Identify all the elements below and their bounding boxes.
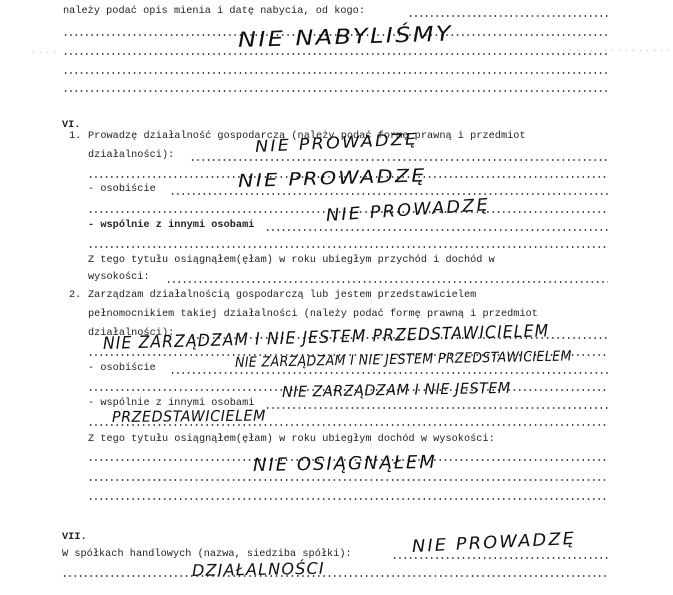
handwritten-answer: NIE PROWADZĘ <box>411 529 576 557</box>
handwritten-answer: NIE ZARZĄDZAM I NIE JESTEM PRZEDSTAWICIE… <box>235 348 572 371</box>
dotted-line <box>265 407 608 409</box>
handwritten-answer: NIE OSIĄGNĄŁEM <box>253 452 437 476</box>
dotted-line <box>408 15 608 17</box>
handwritten-answer: DZIAŁALNOŚCI <box>192 559 325 580</box>
handwritten-answer: NIE PROWADZĘ <box>325 195 490 226</box>
income-text-line1: Z tego tytułu osiągnąłem(ęłam) w roku ub… <box>88 255 495 267</box>
handwritten-answer: NIE ZARZĄDZAM I NIE JESTEM <box>282 379 511 401</box>
personal-label: - osobiście <box>88 184 156 196</box>
handwritten-answer: NIE PROWADZĘ <box>238 165 428 192</box>
dotted-line <box>170 372 608 374</box>
item2-text-line1: Zarządzam działalnością gospodarczą lub … <box>88 290 476 302</box>
dotted-line <box>63 90 608 92</box>
income-text-line2: wysokości: <box>88 272 150 284</box>
scan-noise <box>30 51 60 54</box>
dotted-line <box>88 246 608 248</box>
handwritten-answer: NIE ZARZĄDZAM I NIE JESTEM PRZEDSTAWICIE… <box>103 321 550 354</box>
intro-prompt: należy podać opis mienia i datę nabycia,… <box>63 6 365 18</box>
dotted-line <box>170 193 608 195</box>
dotted-line <box>190 159 608 161</box>
handwritten-answer: NIE NABYLIŚMY <box>238 21 454 52</box>
scan-noise <box>560 49 670 52</box>
dotted-line <box>62 575 608 577</box>
section-heading: VII. <box>62 532 87 544</box>
joint-label: - wspólnie z innymi osobami <box>88 220 254 232</box>
handwritten-answer: PRZEDSTAWICIELEM <box>112 407 266 426</box>
item1-text-line2: działalności): <box>88 150 174 162</box>
personal-label: - osobiście <box>88 363 156 375</box>
dotted-line <box>166 281 608 283</box>
item-number: 2. <box>69 290 81 302</box>
item-number: 1. <box>69 131 81 143</box>
dotted-line <box>63 72 608 74</box>
dotted-line <box>265 229 608 231</box>
income-text: Z tego tytułu osiągnąłem(ęłam) w roku ub… <box>88 434 495 446</box>
dotted-line <box>392 557 608 559</box>
dotted-line <box>88 498 608 500</box>
dotted-line <box>88 479 608 481</box>
dotted-line <box>63 53 608 55</box>
item2-text-line2: pełnomocnikiem takiej działalności (nale… <box>88 309 538 321</box>
